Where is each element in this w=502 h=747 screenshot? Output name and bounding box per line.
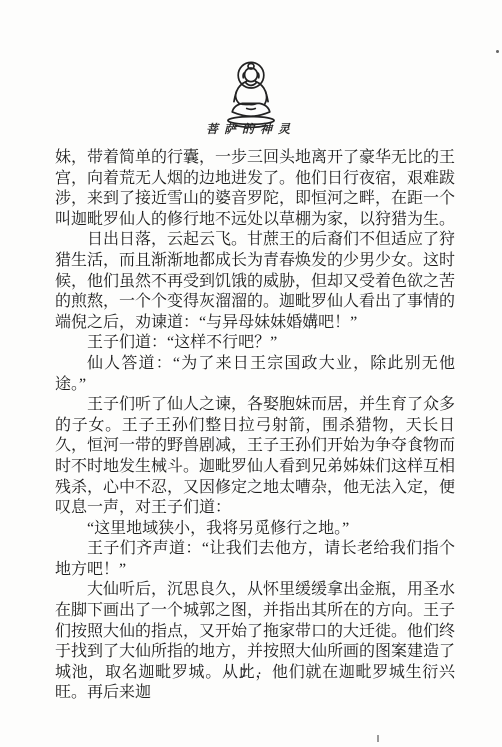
buddha-illustration xyxy=(0,59,502,129)
paragraph: 大仙听后，沉思良久，从怀里缓缓拿出金瓶，用圣水在脚下画出了一个城郭之图，并指出其… xyxy=(55,580,455,704)
page-number: · 7 · xyxy=(0,666,490,683)
paragraph: 日出日落，云起云飞。甘蔗王的后裔们不但适应了狩猎生活，而且渐渐地都成长为青春焕发… xyxy=(55,230,455,333)
paragraph: “这里地域狭小，我将另觅修行之地。” xyxy=(55,519,455,540)
paragraph: 王子们道：“这样不行吧？” xyxy=(55,333,455,354)
seated-buddha-icon xyxy=(208,59,294,129)
paragraph: 仙人答道：“为了来日王宗国政大业，除此别无他途。” xyxy=(55,354,455,395)
chapter-caption: 菩萨的神灵 xyxy=(0,120,502,137)
body-text: 妹，带着简单的行囊，一步三回头地离开了豪华无比的王宫，向着荒无人烟的边地进发了。… xyxy=(55,148,455,704)
book-page: 菩萨的神灵 妹，带着简单的行囊，一步三回头地离开了豪华无比的王宫，向着荒无人烟的… xyxy=(0,0,502,747)
scan-artifact-dot xyxy=(496,50,499,53)
paragraph: 王子们听了仙人之谏，各娶胞妹而居，并生育了众多的子女。王子王孙们整日拉弓射箭，围… xyxy=(55,395,455,519)
paragraph: 妹，带着简单的行囊，一步三回头地离开了豪华无比的王宫，向着荒无人烟的边地进发了。… xyxy=(55,148,455,230)
scan-artifact-dash xyxy=(377,735,379,742)
paragraph: 王子们齐声道：“让我们去他方，请长老给我们指个地方吧！” xyxy=(55,539,455,580)
